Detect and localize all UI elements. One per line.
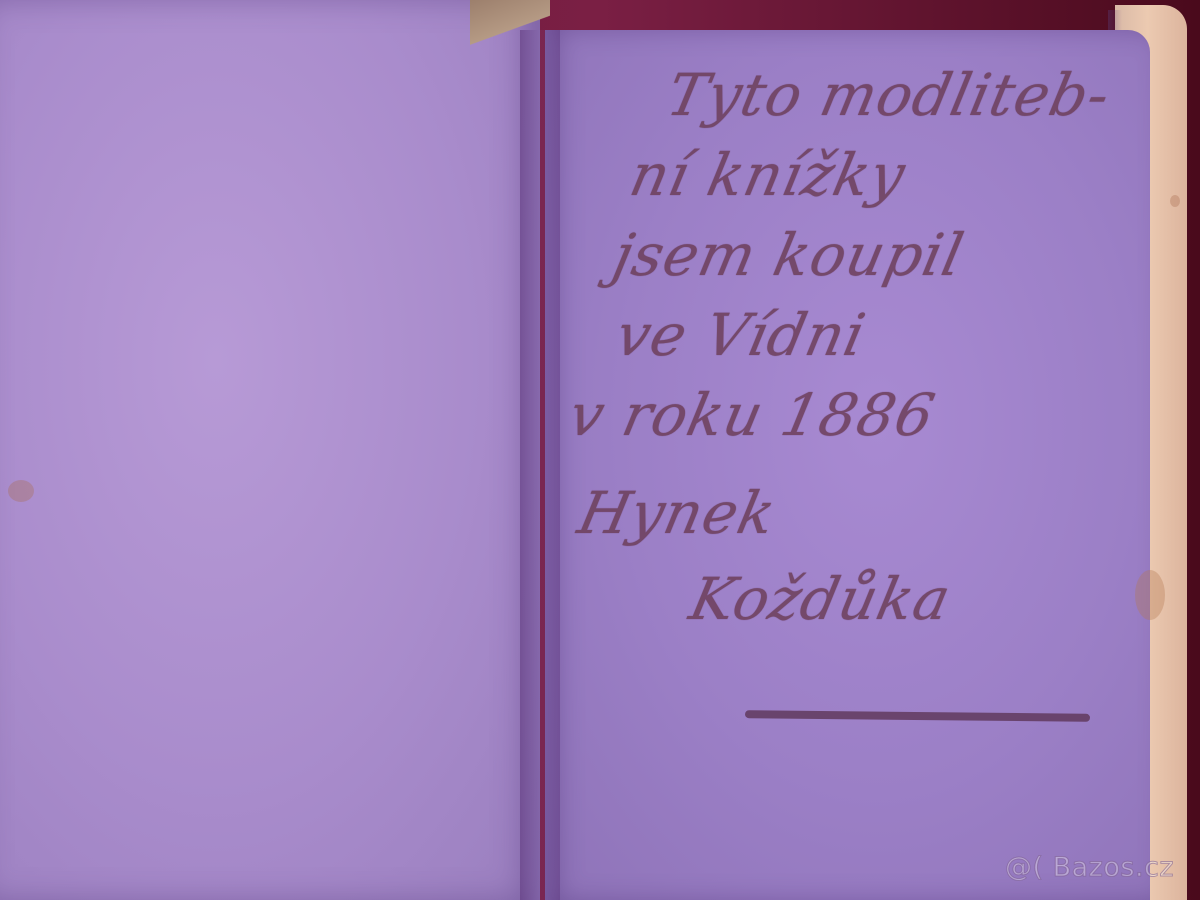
stain xyxy=(1170,195,1180,207)
inscription-line-2: ní knížky xyxy=(613,135,1170,215)
photo-scene: Tyto modliteb- ní knížky jsem koupil ve … xyxy=(0,0,1200,900)
stain xyxy=(8,480,34,502)
bazos-watermark: @( Bazos.cz xyxy=(1005,852,1174,883)
signature-first-name: Hynek xyxy=(541,473,1098,553)
left-page xyxy=(0,0,540,900)
inscription-line-5: v roku 1886 xyxy=(562,375,1119,455)
inscription-line-3: jsem koupil xyxy=(596,215,1153,295)
book-gutter xyxy=(520,30,560,900)
stain xyxy=(1135,570,1165,620)
inscription-line-1: Tyto modliteb- xyxy=(630,55,1187,135)
inscription-line-4: ve Vídni xyxy=(579,295,1136,375)
signature-surname: Koždůka xyxy=(523,559,1080,639)
